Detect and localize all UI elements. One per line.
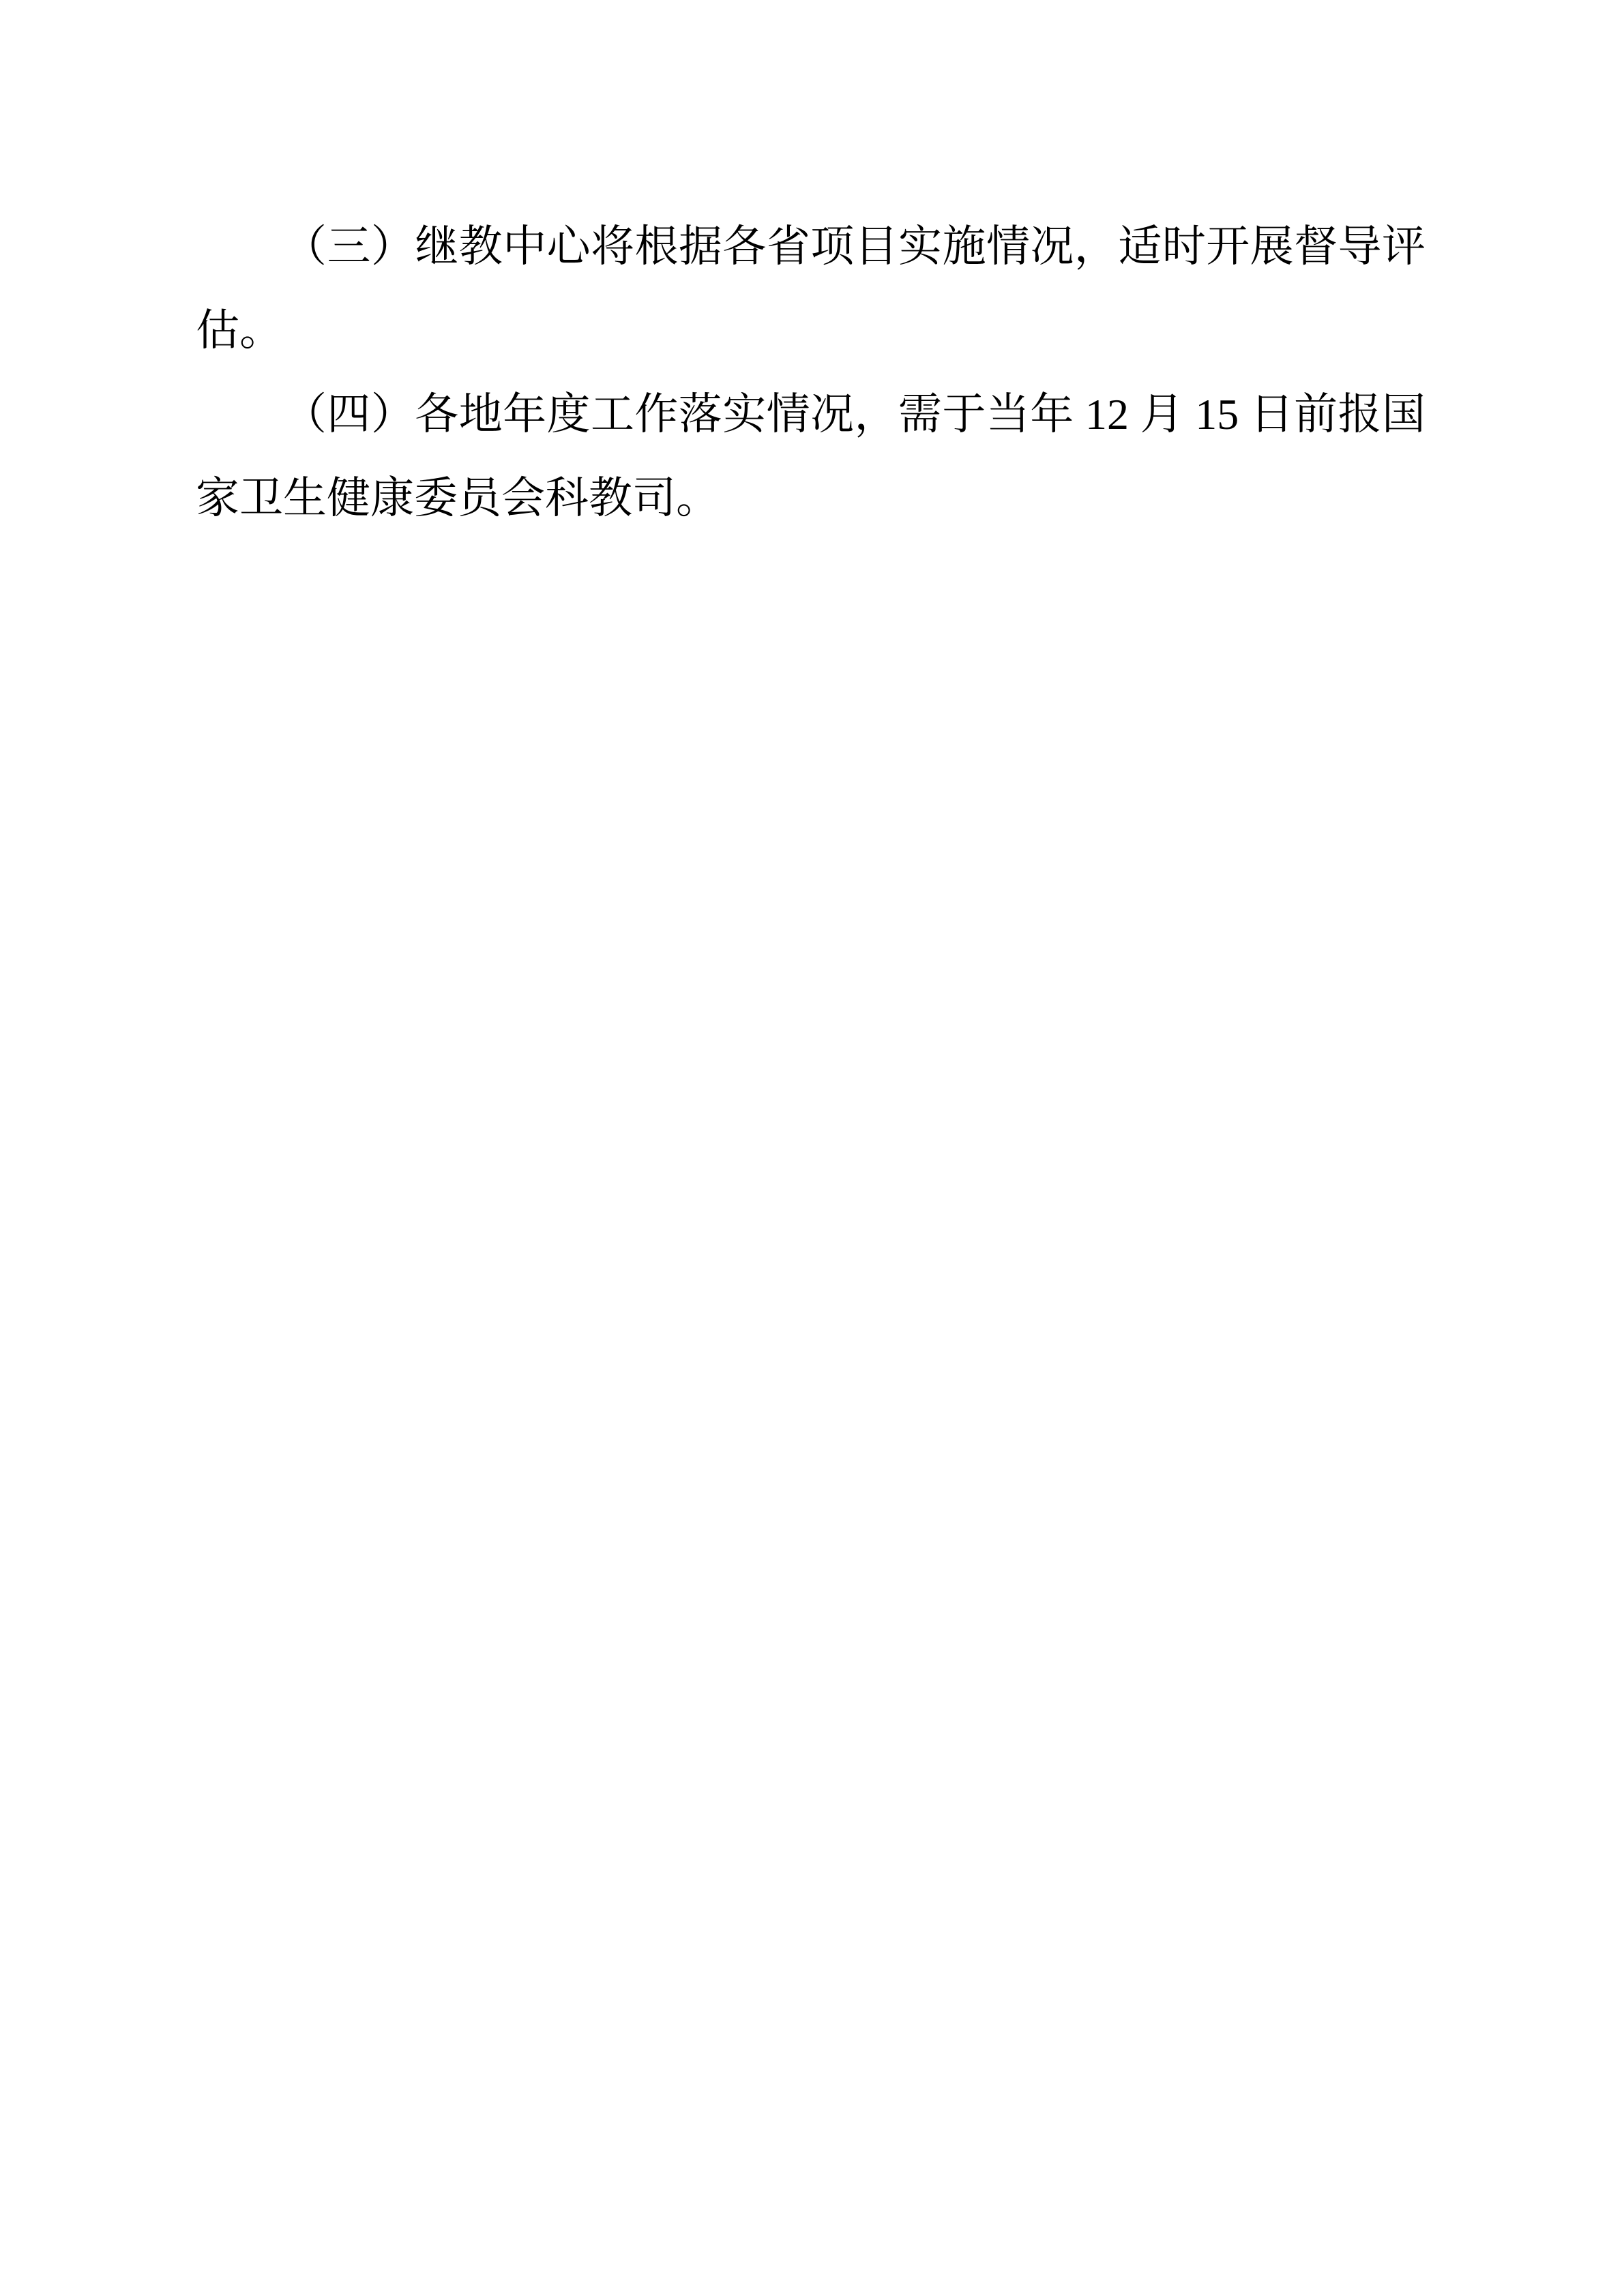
text-line: 家卫生健康委员会科教司。 xyxy=(196,456,1426,540)
text-line: （四）各地年度工作落实情况，需于当年 12 月 15 日前报国 xyxy=(196,372,1426,456)
text-block: （三）继教中心将根据各省项目实施情况，适时开展督导评 估。 （四）各地年度工作落… xyxy=(196,205,1426,540)
text-line: 估。 xyxy=(196,288,1426,372)
paragraph-item-3: （三）继教中心将根据各省项目实施情况，适时开展督导评 估。 xyxy=(196,205,1426,372)
paragraph-item-4: （四）各地年度工作落实情况，需于当年 12 月 15 日前报国 家卫生健康委员会… xyxy=(196,372,1426,540)
document-page: （三）继教中心将根据各省项目实施情况，适时开展督导评 估。 （四）各地年度工作落… xyxy=(0,0,1624,2296)
text-line: （三）继教中心将根据各省项目实施情况，适时开展督导评 xyxy=(196,205,1426,288)
